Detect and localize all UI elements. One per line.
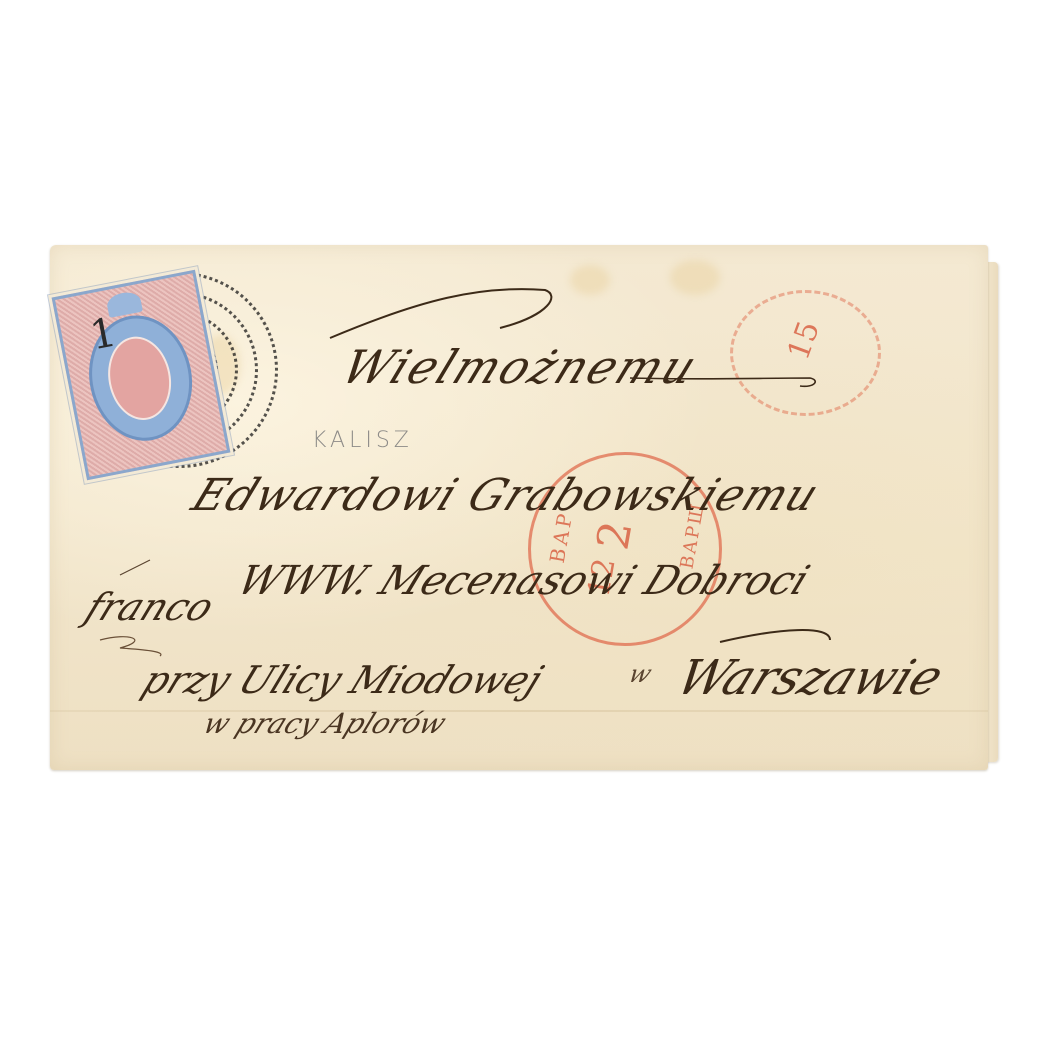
paper-stain [670, 260, 720, 295]
recipient-title-line: WWW. Mecenasowi Dobroci [231, 558, 816, 604]
transit-postmark: 15 [730, 290, 881, 416]
street-line: przy Ulicy Miodowej [136, 658, 549, 702]
pencil-annotation: KALISZ [312, 428, 413, 453]
salutation-line: Wielmożnemu [334, 340, 707, 394]
fold-crease [50, 710, 988, 712]
postmark-day: 2 [587, 517, 642, 553]
paper-stain [570, 265, 610, 295]
recipient-name-line: Edwardowi Grabowskiemu [185, 470, 827, 521]
franking-note: franco [79, 585, 220, 629]
photo-stage: 1 15 ВАР 2 12 ВАРШ KALISZ Wielmożnemu Ed… [0, 0, 1049, 1049]
city-line: Warszawie [669, 650, 952, 706]
location-detail-line: w pracy Aplorów [198, 707, 451, 740]
transit-postmark-number: 15 [781, 317, 827, 365]
